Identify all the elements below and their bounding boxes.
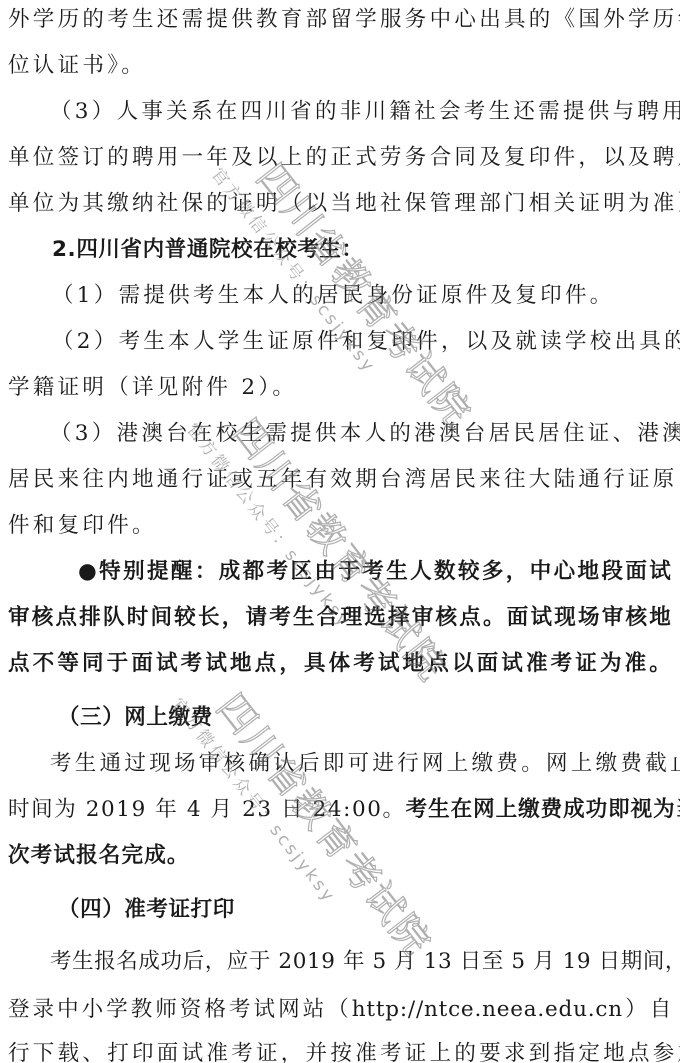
paragraph-line: （3）人事关系在四川省的非川籍社会考生还需提供与聘用 bbox=[50, 97, 672, 127]
paragraph-line-mixed: 时间为 2019 年 4 月 23 日 24:00。考生在网上缴费成功即视为当 bbox=[8, 795, 672, 825]
payment-complete-notice: 次考试报名完成。 bbox=[8, 841, 672, 871]
paragraph-line: （1）需提供考生本人的居民身份证原件及复印件。 bbox=[52, 281, 672, 311]
payment-complete-notice: 考生在网上缴费成功即视为当 bbox=[406, 797, 680, 822]
section-heading-school-students: 2.四川省内普通院校在校考生： bbox=[52, 235, 672, 265]
paragraph-line: 单位为其缴纳社保的证明（以当地社保管理部门相关证明为准）。 bbox=[8, 189, 672, 219]
paragraph-line: 行下载、打印面试准考证，并按准考证上的要求到指定地点参加 bbox=[8, 1039, 672, 1063]
paragraph-line: 件和复印件。 bbox=[8, 511, 672, 541]
payment-deadline-text: 时间为 2019 年 4 月 23 日 24:00。 bbox=[8, 797, 406, 822]
paragraph-line: 学籍证明（详见附件 2）。 bbox=[8, 373, 672, 403]
paragraph-line: 位认证书》。 bbox=[8, 51, 672, 81]
paragraph-line-with-url: 登录中小学教师资格考试网站（http://ntce.neea.edu.cn）自 bbox=[8, 995, 672, 1025]
section-heading-admission-ticket: （四）准考证打印 bbox=[58, 895, 672, 925]
special-reminder-line: 点不等同于面试考试地点，具体考试地点以面试准考证为准。 bbox=[8, 649, 672, 679]
paragraph-line: 外学历的考生还需提供教育部留学服务中心出具的《国外学历学 bbox=[8, 5, 672, 35]
special-reminder-line: ●特别提醒：成都考区由于考生人数较多，中心地段面试 bbox=[78, 557, 672, 587]
special-reminder-line: 审核点排队时间较长，请考生合理选择审核点。面试现场审核地 bbox=[8, 603, 672, 633]
paragraph-line: （2）考生本人学生证原件和复印件，以及就读学校出具的 bbox=[52, 327, 672, 357]
paragraph-line: （3）港澳台在校生需提供本人的港澳台居民居住证、港澳 bbox=[50, 419, 672, 449]
document-page: 外学历的考生还需提供教育部留学服务中心出具的《国外学历学 位认证书》。 （3）人… bbox=[0, 0, 680, 1063]
section-heading-online-payment: （三）网上缴费 bbox=[58, 703, 672, 733]
watermark-sub-text: 官方微信公众号：scsjyksy bbox=[167, 691, 402, 982]
paragraph-line: 居民来往内地通行证或五年有效期台湾居民来往大陆通行证原 bbox=[8, 465, 672, 495]
paragraph-line: 单位签订的聘用一年及以上的正式劳务合同及复印件，以及聘用 bbox=[8, 143, 672, 173]
paragraph-line: 考生报名成功后，应于 2019 年 5 月 13 日至 5 月 19 日期间， bbox=[50, 947, 672, 977]
paragraph-line: 考生通过现场审核确认后即可进行网上缴费。网上缴费截止 bbox=[50, 749, 672, 779]
